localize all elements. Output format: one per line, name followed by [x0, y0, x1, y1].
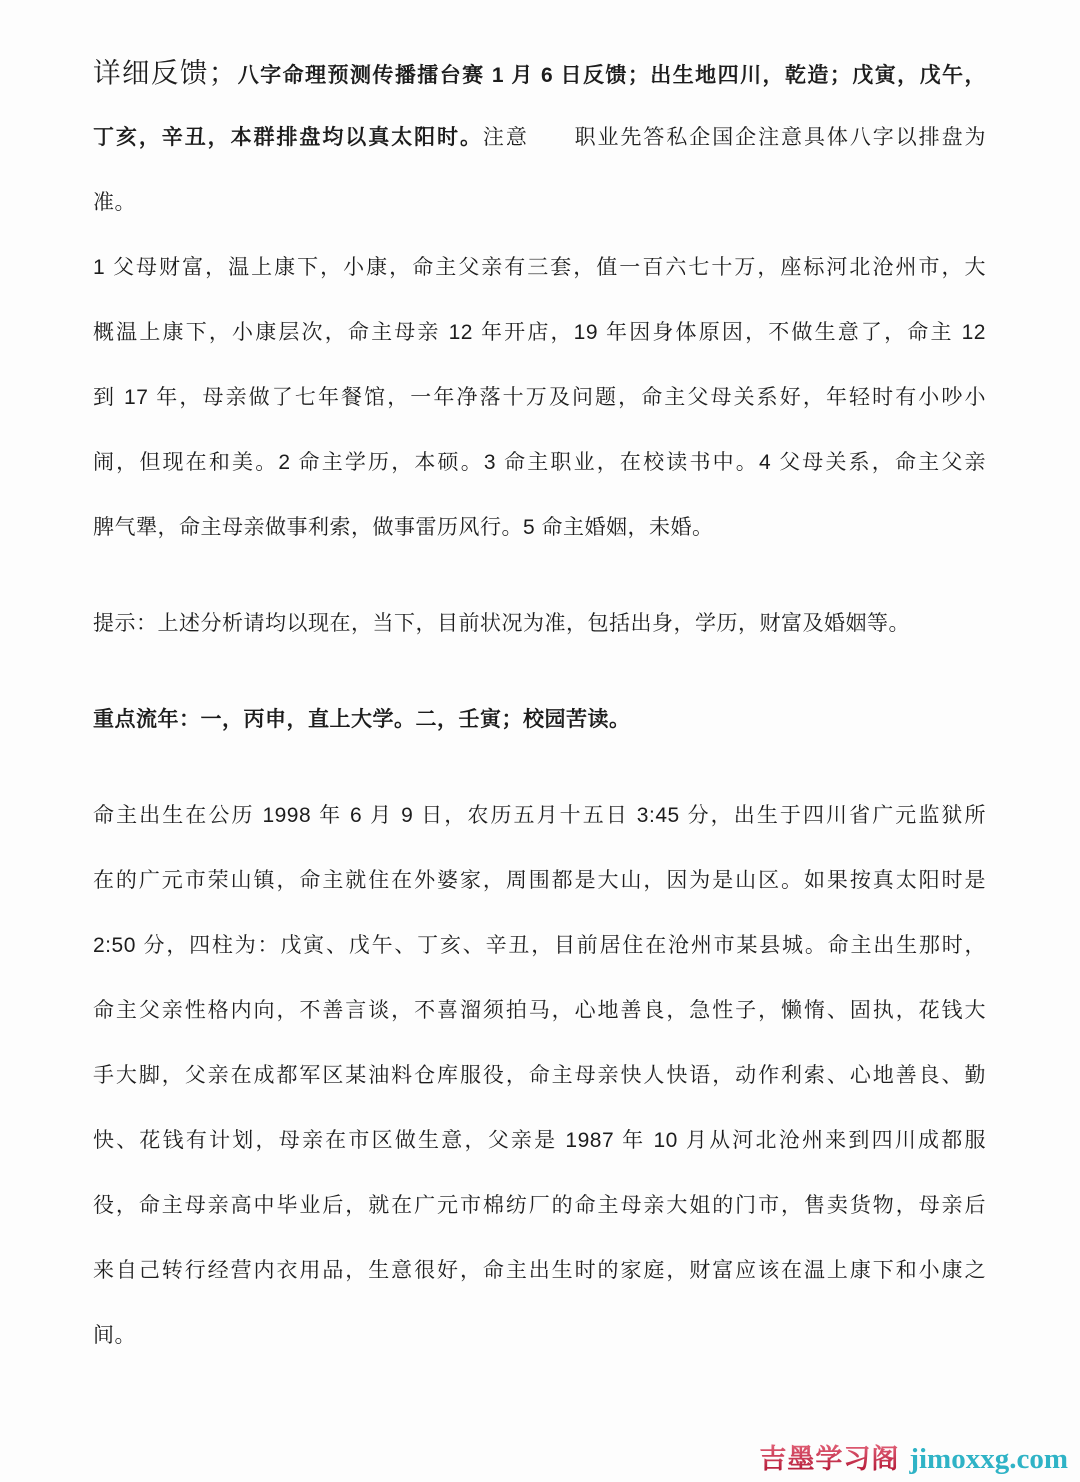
text-segment: 准。: [93, 191, 136, 214]
text-line: 脾气犟，命主母亲做事利索，做事雷历风行。5 命主婚姻，未婚。: [93, 495, 986, 560]
text-line: 间。: [93, 1303, 986, 1368]
text-segment: 注意 职业先答私企国企注意具体八字以排盘为: [483, 126, 986, 149]
text-segment: 命主出生在公历 1998 年 6 月 9 日，农历五月十五日 3:45 分，出生…: [93, 804, 986, 827]
paragraph-birth-details: 命主出生在公历 1998 年 6 月 9 日，农历五月十五日 3:45 分，出生…: [93, 783, 986, 1368]
paragraph-header: 详细反馈；八字命理预测传播擂台赛 1 月 6 日反馈；出生地四川，乾造；戊寅，戊…: [93, 40, 986, 235]
watermark-site-url: jimoxxg.com: [909, 1443, 1068, 1476]
text-segment: 到 17 年，母亲做了七年餐馆，一年净落十万及问题，命主父母关系好，年轻时有小吵…: [93, 386, 986, 409]
text-segment: 1 父母财富，温上康下，小康，命主父亲有三套，值一百六七十万，座标河北沧州市，大: [93, 256, 986, 279]
text-line: 提示：上述分析请均以现在，当下，目前状况为准，包括出身，学历，财富及婚姻等。: [93, 591, 986, 656]
text-segment: 重点流年：一，丙申，直上大学。二，壬寅；校园苦读。: [93, 708, 631, 731]
text-segment: 2:50 分，四柱为：戊寅、戊午、丁亥、辛丑，目前居住在沧州市某县城。命主出生那…: [93, 934, 986, 957]
text-segment: 八字命理预测传播擂台赛 1 月 6 日反馈；出生地四川，乾造；戊寅，戊午，: [237, 64, 986, 87]
text-line: 丁亥，辛丑，本群排盘均以真太阳时。注意 职业先答私企国企注意具体八字以排盘为: [93, 105, 986, 170]
text-line: 1 父母财富，温上康下，小康，命主父亲有三套，值一百六七十万，座标河北沧州市，大: [93, 235, 986, 300]
paragraph-answers: 1 父母财富，温上康下，小康，命主父亲有三套，值一百六七十万，座标河北沧州市，大…: [93, 235, 986, 560]
text-segment: 快、花钱有计划，母亲在市区做生意，父亲是 1987 年 10 月从河北沧州来到四…: [93, 1129, 986, 1152]
text-segment: 役，命主母亲高中毕业后，就在广元市棉纺厂的命主母亲大姐的门市，售卖货物，母亲后: [93, 1194, 986, 1217]
text-line: 来自己转行经营内衣用品，生意很好，命主出生时的家庭，财富应该在温上康下和小康之: [93, 1238, 986, 1303]
text-segment: 提示：上述分析请均以现在，当下，目前状况为准，包括出身，学历，财富及婚姻等。: [93, 612, 910, 635]
watermark: 吉墨学习阁 jimoxxg.com: [759, 1437, 1068, 1476]
document-body: 详细反馈；八字命理预测传播擂台赛 1 月 6 日反馈；出生地四川，乾造；戊寅，戊…: [93, 40, 986, 1368]
paragraph-tip: 提示：上述分析请均以现在，当下，目前状况为准，包括出身，学历，财富及婚姻等。: [93, 591, 986, 656]
text-segment: 详细反馈；: [93, 57, 237, 88]
text-line: 在的广元市荣山镇，命主就住在外婆家，周围都是大山，因为是山区。如果按真太阳时是: [93, 848, 986, 913]
text-line: 2:50 分，四柱为：戊寅、戊午、丁亥、辛丑，目前居住在沧州市某县城。命主出生那…: [93, 913, 986, 978]
text-segment: 在的广元市荣山镇，命主就住在外婆家，周围都是大山，因为是山区。如果按真太阳时是: [93, 869, 986, 892]
text-segment: 间。: [93, 1324, 136, 1347]
paragraph-key-years: 重点流年：一，丙申，直上大学。二，壬寅；校园苦读。: [93, 687, 986, 752]
text-line: 重点流年：一，丙申，直上大学。二，壬寅；校园苦读。: [93, 687, 986, 752]
text-line: 快、花钱有计划，母亲在市区做生意，父亲是 1987 年 10 月从河北沧州来到四…: [93, 1108, 986, 1173]
text-line: 手大脚，父亲在成都军区某油料仓库服役，命主母亲快人快语，动作利索、心地善良、勤: [93, 1043, 986, 1108]
text-line: 闹，但现在和美。2 命主学历，本硕。3 命主职业，在校读书中。4 父母关系，命主…: [93, 430, 986, 495]
text-segment: 脾气犟，命主母亲做事利索，做事雷历风行。5 命主婚姻，未婚。: [93, 516, 714, 539]
text-segment: 丁亥，辛丑，本群排盘均以真太阳时。: [93, 126, 483, 149]
text-segment: 来自己转行经营内衣用品，生意很好，命主出生时的家庭，财富应该在温上康下和小康之: [93, 1259, 986, 1282]
text-segment: 概温上康下，小康层次，命主母亲 12 年开店，19 年因身体原因，不做生意了，命…: [93, 321, 986, 344]
watermark-site-name: 吉墨学习阁: [759, 1437, 899, 1476]
text-line: 命主出生在公历 1998 年 6 月 9 日，农历五月十五日 3:45 分，出生…: [93, 783, 986, 848]
text-line: 概温上康下，小康层次，命主母亲 12 年开店，19 年因身体原因，不做生意了，命…: [93, 300, 986, 365]
text-segment: 命主父亲性格内向，不善言谈，不喜溜须拍马，心地善良，急性子，懒惰、固执，花钱大: [93, 999, 986, 1022]
text-line: 到 17 年，母亲做了七年餐馆，一年净落十万及问题，命主父母关系好，年轻时有小吵…: [93, 365, 986, 430]
text-line: 役，命主母亲高中毕业后，就在广元市棉纺厂的命主母亲大姐的门市，售卖货物，母亲后: [93, 1173, 986, 1238]
text-segment: 闹，但现在和美。2 命主学历，本硕。3 命主职业，在校读书中。4 父母关系，命主…: [93, 451, 986, 474]
text-segment: 手大脚，父亲在成都军区某油料仓库服役，命主母亲快人快语，动作利索、心地善良、勤: [93, 1064, 986, 1087]
text-line: 准。: [93, 170, 986, 235]
text-line: 详细反馈；八字命理预测传播擂台赛 1 月 6 日反馈；出生地四川，乾造；戊寅，戊…: [93, 40, 986, 105]
text-line: 命主父亲性格内向，不善言谈，不喜溜须拍马，心地善良，急性子，懒惰、固执，花钱大: [93, 978, 986, 1043]
